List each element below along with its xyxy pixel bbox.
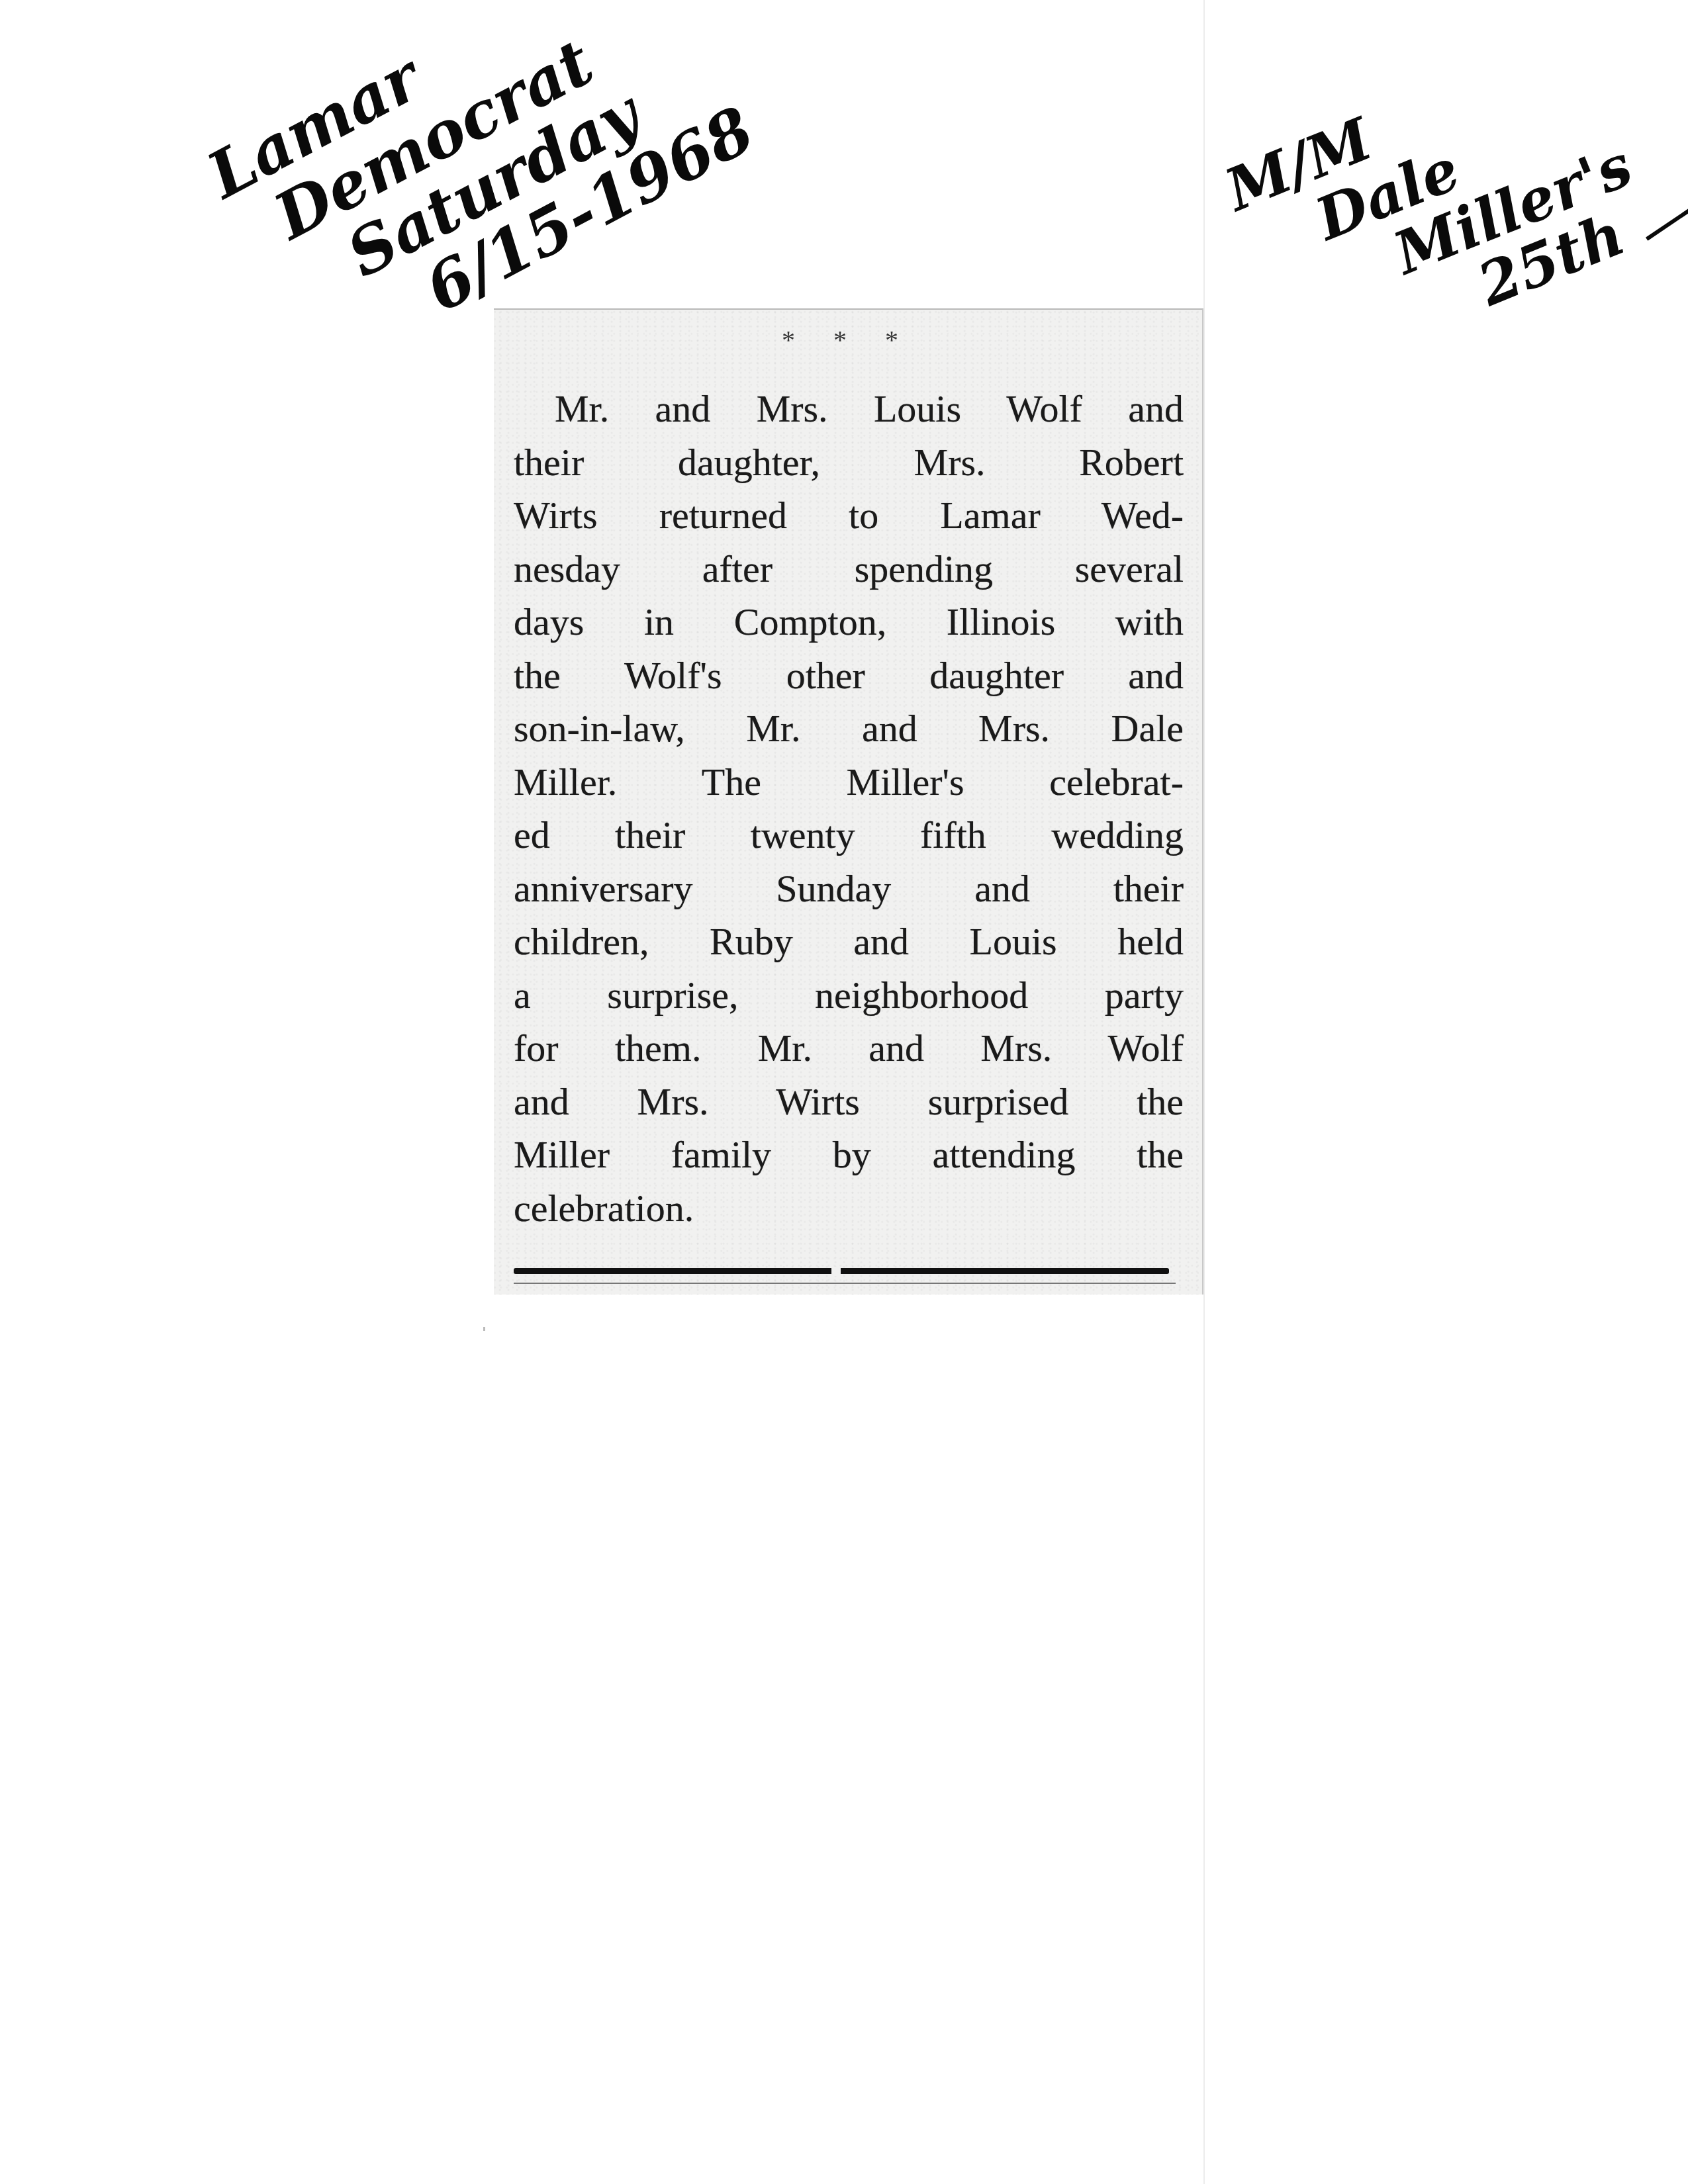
article-end-rule	[514, 1268, 1169, 1274]
article-line: days in Compton, Illinois with	[514, 596, 1184, 649]
article-body: Mr. and Mrs. Louis Wolf and their daught…	[514, 383, 1184, 1235]
article-line: Wirts returned to Lamar Wed-	[514, 489, 1184, 543]
newspaper-clipping: * * * Mr. and Mrs. Louis Wolf and their …	[494, 308, 1203, 1295]
article-line: and Mrs. Wirts surprised the	[514, 1075, 1184, 1129]
article-line: nesday after spending several	[514, 543, 1184, 596]
article-line: Miller. The Miller's celebrat-	[514, 756, 1184, 809]
page-edge-line	[1203, 0, 1205, 2184]
article-line: Miller family by attending the	[514, 1128, 1184, 1182]
handwritten-subject-note: M/M Dale Miller's 25th	[1218, 0, 1688, 391]
article-line: for them. Mr. and Mrs. Wolf	[514, 1022, 1184, 1075]
article-line: children, Ruby and Louis held	[514, 915, 1184, 969]
article-line: the Wolf's other daughter and	[514, 649, 1184, 703]
rule-break	[831, 1267, 841, 1276]
article-line: son-in-law, Mr. and Mrs. Dale	[514, 702, 1184, 756]
section-separator: * * *	[494, 324, 1202, 355]
scan-speck	[483, 1327, 485, 1331]
article-end-thin-rule	[514, 1283, 1176, 1284]
article-line: celebration.	[514, 1182, 1184, 1236]
article-line: anniversary Sunday and their	[514, 862, 1184, 916]
article-line: ed their twenty fifth wedding	[514, 809, 1184, 862]
article-line: their daughter, Mrs. Robert	[514, 436, 1184, 490]
note-underline	[1646, 175, 1688, 241]
article-line: a surprise, neighborhood party	[514, 969, 1184, 1023]
article-line: Mr. and Mrs. Louis Wolf and	[514, 383, 1184, 436]
